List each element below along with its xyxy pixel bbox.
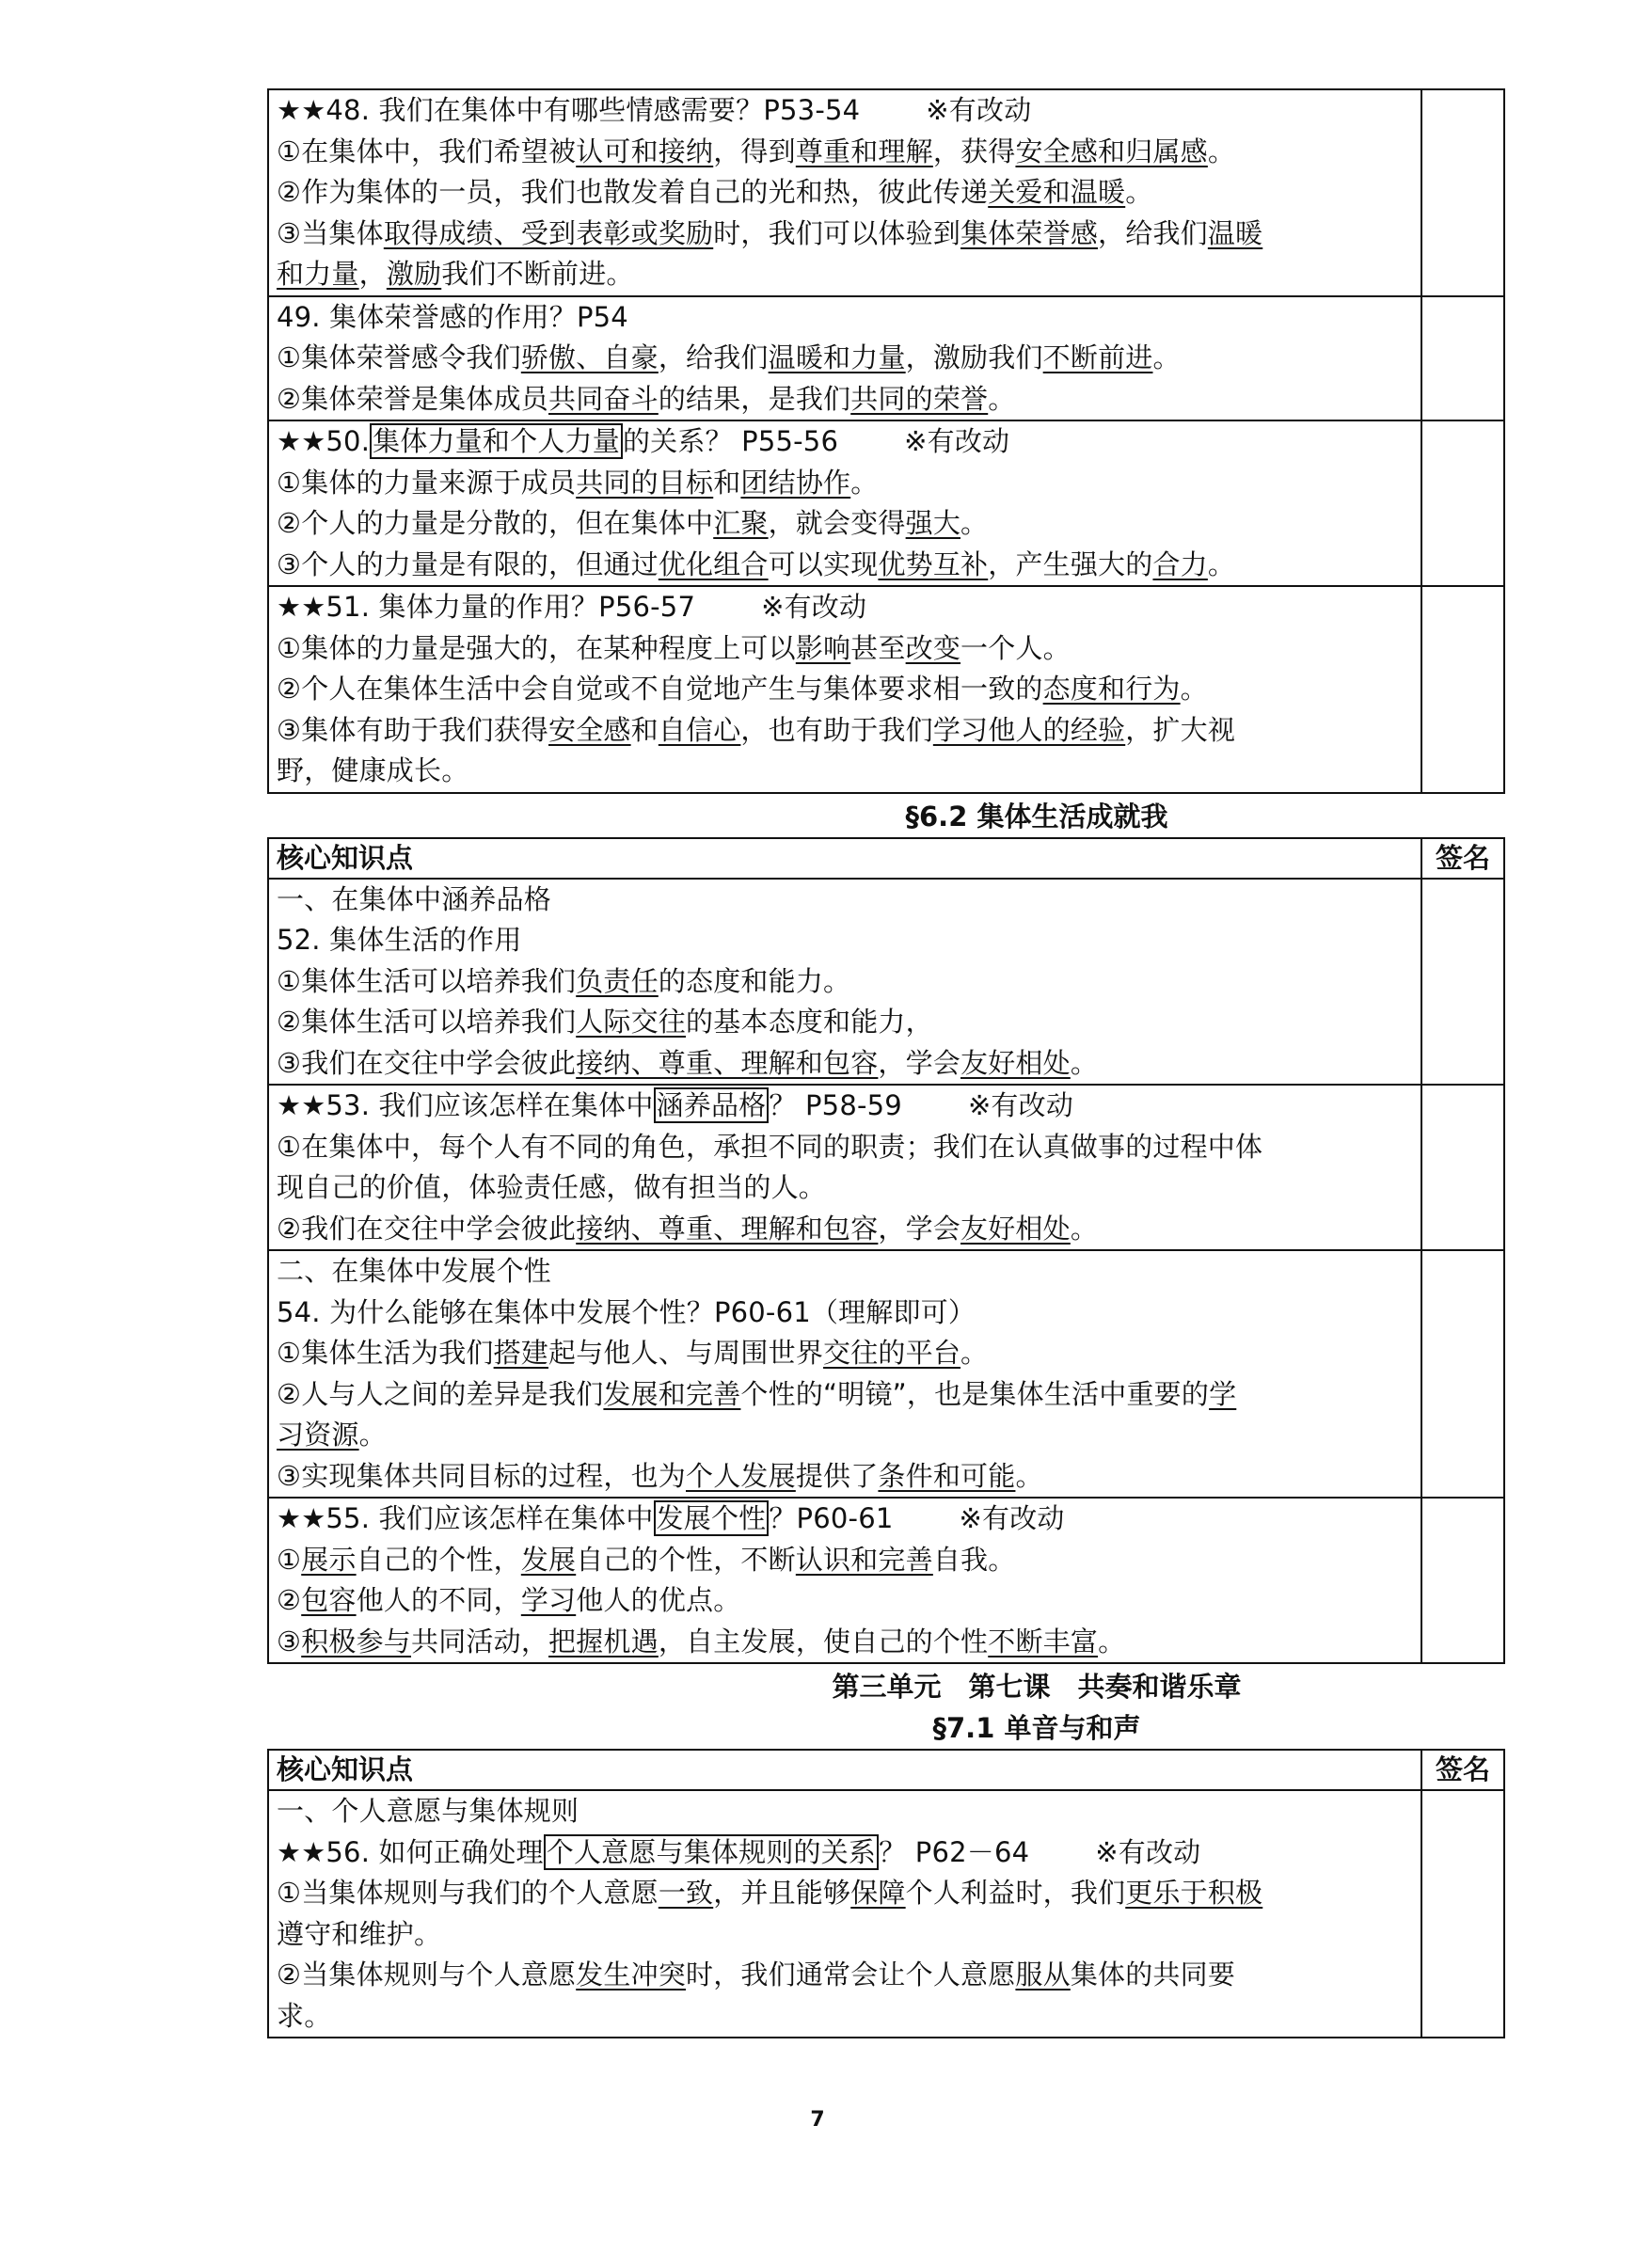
underlined-keyword: 负责任 xyxy=(576,965,659,997)
signature-cell[interactable] xyxy=(1421,879,1504,1086)
answer-line: ②集体荣誉是集体成员共同奋斗的结果，是我们共同的荣誉。 xyxy=(277,379,1421,420)
table-header-row: 核心知识点 签名 xyxy=(268,1750,1504,1790)
question-text: ？ P62－64 xyxy=(879,1836,1029,1868)
answer-line: ③积极参与共同活动，把握机遇，自主发展，使自己的个性不断丰富。 xyxy=(277,1622,1421,1663)
answer-line: ②我们在交往中学会彼此接纳、尊重、理解和包容，学会友好相处。 xyxy=(277,1209,1421,1250)
answer-text: ，得到 xyxy=(713,135,796,167)
answer-text: ②个人在集体生活中会自觉或不自觉地产生与集体要求相一致的 xyxy=(277,673,1043,705)
answer-text: ，并且能够 xyxy=(713,1877,850,1909)
header-core-knowledge: 核心知识点 xyxy=(268,838,1421,879)
underlined-keyword: 尊重和理解 xyxy=(796,135,933,167)
underlined-keyword: 不断丰富 xyxy=(988,1626,1098,1657)
underlined-keyword: 人际交往 xyxy=(576,1006,686,1038)
underlined-keyword: 和力量 xyxy=(277,258,359,290)
underlined-keyword: 友好相处 xyxy=(960,1047,1071,1079)
question-title: ★★51. 集体力量的作用？P56-57※有改动 xyxy=(277,587,1421,628)
answer-text: 可以实现 xyxy=(769,548,879,580)
signature-cell[interactable] xyxy=(1421,89,1504,296)
underlined-keyword: 合力 xyxy=(1152,548,1207,580)
underlined-keyword: 自信心 xyxy=(659,714,741,746)
question-title: ★★48. 我们在集体中有哪些情感需要？P53-54※有改动 xyxy=(277,90,1421,132)
underlined-keyword: 条件和可能 xyxy=(878,1460,1015,1492)
knowledge-row: ★★48. 我们在集体中有哪些情感需要？P53-54※有改动①在集体中，我们希望… xyxy=(268,89,1504,296)
boxed-keyword: 涵养品格 xyxy=(654,1087,770,1123)
answer-line: ③集体有助于我们获得安全感和自信心，也有助于我们学习他人的经验，扩大视 xyxy=(277,710,1421,752)
answer-text: ③实现集体共同目标的过程，也为 xyxy=(277,1460,686,1492)
subsection-heading: 一、个人意愿与集体规则 xyxy=(277,1791,1421,1832)
underlined-keyword: 激励 xyxy=(387,258,441,290)
underlined-keyword: 关爱和温暖 xyxy=(988,176,1125,208)
answer-text: ①在集体中，我们希望被 xyxy=(277,135,576,167)
answer-text: 自己的个性，不断 xyxy=(576,1544,796,1576)
answer-text: ③当集体 xyxy=(277,217,384,249)
knowledge-table-section-6-2: 核心知识点 签名 一、在集体中涵养品格52. 集体生活的作用①集体生活可以培养我… xyxy=(267,837,1505,1665)
question-title: 52. 集体生活的作用 xyxy=(277,920,1421,961)
signature-cell[interactable] xyxy=(1421,296,1504,421)
underlined-keyword: 包容 xyxy=(301,1584,356,1616)
answer-text: 和 xyxy=(631,714,659,746)
answer-line: ②个人的力量是分散的，但在集体中汇聚，就会变得强大。 xyxy=(277,503,1421,545)
underlined-keyword: 发生冲突 xyxy=(576,1959,686,1990)
answer-line: ③当集体取得成绩、受到表彰或奖励时，我们可以体验到集体荣誉感，给我们温暖 xyxy=(277,214,1421,255)
knowledge-cell: ★★51. 集体力量的作用？P56-57※有改动①集体的力量是强大的，在某种程度… xyxy=(268,586,1421,793)
underlined-keyword: 一致 xyxy=(659,1877,713,1909)
underlined-keyword: 影响 xyxy=(796,632,850,664)
boxed-keyword: 集体力量和个人力量 xyxy=(370,423,623,459)
underlined-keyword: 改变 xyxy=(906,632,960,664)
answer-text: 。 xyxy=(960,1337,988,1369)
question-number: ★★50. xyxy=(277,425,370,457)
knowledge-cell: 一、在集体中涵养品格52. 集体生活的作用①集体生活可以培养我们负责任的态度和能… xyxy=(268,879,1421,1086)
answer-text: ② xyxy=(277,1584,301,1616)
knowledge-row: ★★55. 我们应该怎样在集体中发展个性？P60-61※有改动①展示自己的个性，… xyxy=(268,1498,1504,1663)
underlined-keyword: 服从 xyxy=(1015,1959,1070,1990)
answer-line: ①集体荣誉感令我们骄傲、自豪，给我们温暖和力量，激励我们不断前进。 xyxy=(277,338,1421,379)
answer-line: 求。 xyxy=(277,1996,1421,2038)
knowledge-row: 一、在集体中涵养品格52. 集体生活的作用①集体生活可以培养我们负责任的态度和能… xyxy=(268,879,1504,1086)
question-title: ★★56. 如何正确处理个人意愿与集体规则的关系？ P62－64※有改动 xyxy=(277,1832,1421,1874)
answer-text: ①集体荣誉感令我们 xyxy=(277,341,521,373)
answer-text: ②人与人之间的差异是我们 xyxy=(277,1378,603,1410)
header-signature: 签名 xyxy=(1421,838,1504,879)
subsection-heading: 二、在集体中发展个性 xyxy=(277,1251,1421,1293)
answer-line: 习资源。 xyxy=(277,1415,1421,1456)
answer-line: ①在集体中，每个人有不同的角色，承担不同的职责；我们在认真做事的过程中体 xyxy=(277,1127,1421,1168)
underlined-keyword: 发展和完善 xyxy=(603,1378,740,1410)
answer-line: ②当集体规则与个人意愿发生冲突时，我们通常会让个人意愿服从集体的共同要 xyxy=(277,1955,1421,1996)
revision-note: ※有改动 xyxy=(960,1502,1065,1534)
answer-line: ①集体的力量是强大的，在某种程度上可以影响甚至改变一个人。 xyxy=(277,628,1421,670)
answer-text: 。 xyxy=(1181,673,1208,705)
answer-text: ① xyxy=(277,1544,301,1576)
answer-text: 个性的“明镜”，也是集体生活中重要的 xyxy=(740,1378,1209,1410)
answer-text: 。 xyxy=(1015,1460,1042,1492)
answer-text: ②个人的力量是分散的，但在集体中 xyxy=(277,507,713,539)
knowledge-cell: 一、个人意愿与集体规则★★56. 如何正确处理个人意愿与集体规则的关系？ P62… xyxy=(268,1790,1421,2038)
question-text: ★★48. 我们在集体中有哪些情感需要？P53-54 xyxy=(277,94,860,126)
answer-text: ，学会 xyxy=(878,1047,960,1079)
answer-text: ①集体的力量是强大的，在某种程度上可以 xyxy=(277,632,796,664)
answer-text: ①当集体规则与我们的个人意愿 xyxy=(277,1877,659,1909)
knowledge-row: 49. 集体荣誉感的作用？P54①集体荣誉感令我们骄傲、自豪，给我们温暖和力量，… xyxy=(268,296,1504,421)
question-text: 52. 集体生活的作用 xyxy=(277,924,522,956)
answer-text: ②当集体规则与个人意愿 xyxy=(277,1959,576,1990)
answer-text: 和 xyxy=(713,467,740,499)
question-title: ★★50.集体力量和个人力量的关系？ P55-56※有改动 xyxy=(277,421,1421,463)
question-title: ★★53. 我们应该怎样在集体中涵养品格？ P58-59※有改动 xyxy=(277,1086,1421,1127)
answer-text: ，扩大视 xyxy=(1125,714,1235,746)
answer-text: ，给我们 xyxy=(1098,217,1208,249)
answer-text: 个人利益时，我们 xyxy=(906,1877,1126,1909)
knowledge-row: 一、个人意愿与集体规则★★56. 如何正确处理个人意愿与集体规则的关系？ P62… xyxy=(268,1790,1504,2038)
signature-cell[interactable] xyxy=(1421,420,1504,586)
underlined-keyword: 共同的目标 xyxy=(576,467,713,499)
answer-text: 遵守和维护。 xyxy=(277,1918,441,1950)
answer-text: ①集体生活为我们 xyxy=(277,1337,494,1369)
knowledge-row: ★★51. 集体力量的作用？P56-57※有改动①集体的力量是强大的，在某种程度… xyxy=(268,586,1504,793)
answer-text: ③集体有助于我们获得 xyxy=(277,714,548,746)
answer-text: 提供了 xyxy=(796,1460,879,1492)
underlined-keyword: 保障 xyxy=(850,1877,905,1909)
question-text: 49. 集体荣誉感的作用？P54 xyxy=(277,301,628,333)
underlined-keyword: 习资源 xyxy=(277,1419,359,1451)
answer-line: 遵守和维护。 xyxy=(277,1914,1421,1956)
answer-text: 。 xyxy=(1125,176,1152,208)
revision-note: ※有改动 xyxy=(926,94,1031,126)
underlined-keyword: 友好相处 xyxy=(960,1213,1071,1245)
answer-text: ，就会变得 xyxy=(769,507,906,539)
answer-text: ③个人的力量是有限的，但通过 xyxy=(277,548,659,580)
page-number: 7 xyxy=(0,2108,1635,2132)
answer-text: 。 xyxy=(359,1419,387,1451)
answer-text: 野，健康成长。 xyxy=(277,754,468,786)
answer-text: ，激励我们 xyxy=(906,341,1043,373)
underlined-keyword: 展示 xyxy=(301,1544,356,1576)
answer-text: ①集体生活可以培养我们 xyxy=(277,965,576,997)
boxed-keyword: 发展个性 xyxy=(654,1500,770,1536)
answer-text: ， xyxy=(359,258,387,290)
knowledge-row: ★★53. 我们应该怎样在集体中涵养品格？ P58-59※有改动①在集体中，每个… xyxy=(268,1085,1504,1250)
answer-text: 。 xyxy=(1098,1626,1125,1657)
answer-text: ③我们在交往中学会彼此 xyxy=(277,1047,576,1079)
knowledge-table-section-7-1: 核心知识点 签名 一、个人意愿与集体规则★★56. 如何正确处理个人意愿与集体规… xyxy=(267,1749,1505,2038)
question-number: ★★56. 如何正确处理 xyxy=(277,1836,544,1868)
answer-text: ，获得 xyxy=(933,135,1016,167)
underlined-keyword: 温暖和力量 xyxy=(769,341,906,373)
answer-text: 我们不断前进。 xyxy=(441,258,633,290)
underlined-keyword: 认识和完善 xyxy=(796,1544,933,1576)
knowledge-cell: ★★50.集体力量和个人力量的关系？ P55-56※有改动①集体的力量来源于成员… xyxy=(268,420,1421,586)
underlined-keyword: 个人发展 xyxy=(686,1460,796,1492)
answer-text: ，产生强大的 xyxy=(988,548,1152,580)
answer-text: ①在集体中，每个人有不同的角色，承担不同的职责；我们在认真做事的过程中体 xyxy=(277,1131,1262,1163)
answer-text: 。 xyxy=(988,383,1015,415)
answer-text: 自我。 xyxy=(933,1544,1016,1576)
unit-title: 第三单元 第七课 共奏和谐乐章 xyxy=(267,1666,1505,1707)
answer-line: 现自己的价值，体验责任感，做有担当的人。 xyxy=(277,1167,1421,1209)
question-title: 49. 集体荣誉感的作用？P54 xyxy=(277,297,1421,339)
answer-text: 的态度和能力。 xyxy=(659,965,850,997)
question-text: ★★51. 集体力量的作用？P56-57 xyxy=(277,591,695,623)
header-signature: 签名 xyxy=(1421,1750,1504,1790)
underlined-keyword: 接纳、尊重、理解和包容 xyxy=(576,1213,878,1245)
underlined-keyword: 集体荣誉感 xyxy=(960,217,1098,249)
knowledge-row: ★★50.集体力量和个人力量的关系？ P55-56※有改动①集体的力量来源于成员… xyxy=(268,420,1504,586)
underlined-keyword: 学习 xyxy=(521,1584,576,1616)
underlined-keyword: 学 xyxy=(1209,1378,1236,1410)
answer-line: 和力量，激励我们不断前进。 xyxy=(277,254,1421,295)
revision-note: ※有改动 xyxy=(968,1089,1073,1121)
answer-text: ，也有助于我们 xyxy=(740,714,932,746)
question-number: ★★55. 我们应该怎样在集体中 xyxy=(277,1502,654,1534)
answer-text: ，给我们 xyxy=(659,341,769,373)
underlined-keyword: 优势互补 xyxy=(878,548,988,580)
knowledge-cell: ★★53. 我们应该怎样在集体中涵养品格？ P58-59※有改动①在集体中，每个… xyxy=(268,1085,1421,1250)
underlined-keyword: 学习他人的经验 xyxy=(933,714,1125,746)
question-text: 54. 为什么能够在集体中发展个性？P60-61（理解即可） xyxy=(277,1296,976,1328)
answer-line: ③我们在交往中学会彼此接纳、尊重、理解和包容，学会友好相处。 xyxy=(277,1043,1421,1085)
signature-cell[interactable] xyxy=(1421,586,1504,793)
document-page: ★★48. 我们在集体中有哪些情感需要？P53-54※有改动①在集体中，我们希望… xyxy=(267,88,1505,2038)
answer-line: ①集体的力量来源于成员共同的目标和团结协作。 xyxy=(277,463,1421,504)
answer-text: 。 xyxy=(1208,548,1235,580)
underlined-keyword: 认可和接纳 xyxy=(576,135,713,167)
underlined-keyword: 交往的平台 xyxy=(823,1337,960,1369)
question-text: 的关系？ P55-56 xyxy=(623,425,838,457)
answer-text: 他人的不同， xyxy=(357,1584,521,1616)
underlined-keyword: 温暖 xyxy=(1208,217,1262,249)
subsection-heading: 一、在集体中涵养品格 xyxy=(277,880,1421,921)
answer-text: ②集体荣誉是集体成员 xyxy=(277,383,548,415)
question-number: ★★53. 我们应该怎样在集体中 xyxy=(277,1089,654,1121)
knowledge-cell: 二、在集体中发展个性54. 为什么能够在集体中发展个性？P60-61（理解即可）… xyxy=(268,1250,1421,1498)
answer-text: 的基本态度和能力， xyxy=(686,1006,933,1038)
answer-text: ③ xyxy=(277,1626,301,1657)
knowledge-table-section-6-1: ★★48. 我们在集体中有哪些情感需要？P53-54※有改动①在集体中，我们希望… xyxy=(267,88,1505,794)
question-title: ★★55. 我们应该怎样在集体中发展个性？P60-61※有改动 xyxy=(277,1499,1421,1540)
answer-text: 甚至 xyxy=(850,632,905,664)
answer-text: 。 xyxy=(1071,1047,1098,1079)
answer-text: ②作为集体的一员，我们也散发着自己的光和热，彼此传递 xyxy=(277,176,988,208)
knowledge-cell: 49. 集体荣誉感的作用？P54①集体荣誉感令我们骄傲、自豪，给我们温暖和力量，… xyxy=(268,296,1421,421)
answer-line: 野，健康成长。 xyxy=(277,751,1421,792)
answer-line: ②集体生活可以培养我们人际交往的基本态度和能力， xyxy=(277,1002,1421,1043)
answer-line: ①在集体中，我们希望被认可和接纳，得到尊重和理解，获得安全感和归属感。 xyxy=(277,132,1421,173)
section-title-6-2: §6.2 集体生活成就我 xyxy=(267,796,1505,837)
answer-line: ①展示自己的个性，发展自己的个性，不断认识和完善自我。 xyxy=(277,1540,1421,1581)
answer-line: ②个人在集体生活中会自觉或不自觉地产生与集体要求相一致的态度和行为。 xyxy=(277,669,1421,710)
signature-cell[interactable] xyxy=(1421,1085,1504,1250)
knowledge-row: 二、在集体中发展个性54. 为什么能够在集体中发展个性？P60-61（理解即可）… xyxy=(268,1250,1504,1498)
underlined-keyword: 安全感 xyxy=(548,714,631,746)
answer-line: ③实现集体共同目标的过程，也为个人发展提供了条件和可能。 xyxy=(277,1456,1421,1498)
answer-text: 时，我们通常会让个人意愿 xyxy=(686,1959,1015,1990)
underlined-keyword: 安全感和归属感 xyxy=(1015,135,1207,167)
answer-text: 一个人。 xyxy=(960,632,1071,664)
knowledge-cell: ★★55. 我们应该怎样在集体中发展个性？P60-61※有改动①展示自己的个性，… xyxy=(268,1498,1421,1663)
answer-text: ，自主发展，使自己的个性 xyxy=(659,1626,988,1657)
answer-text: 的结果，是我们 xyxy=(659,383,850,415)
answer-text: 求。 xyxy=(277,2000,331,2032)
answer-text: 自己的个性， xyxy=(357,1544,521,1576)
revision-note: ※有改动 xyxy=(904,425,1009,457)
answer-text: 。 xyxy=(1208,135,1235,167)
answer-text: 。 xyxy=(1071,1213,1098,1245)
answer-text: 。 xyxy=(960,507,988,539)
answer-text: ，学会 xyxy=(878,1213,960,1245)
question-text: ？ P58-59 xyxy=(769,1089,902,1121)
signature-cell[interactable] xyxy=(1421,1790,1504,2038)
question-title: 54. 为什么能够在集体中发展个性？P60-61（理解即可） xyxy=(277,1293,1421,1334)
underlined-keyword: 积极参与 xyxy=(301,1626,411,1657)
signature-cell[interactable] xyxy=(1421,1250,1504,1498)
answer-line: ①当集体规则与我们的个人意愿一致，并且能够保障个人利益时，我们更乐于积极 xyxy=(277,1873,1421,1914)
section-title-7-1: §7.1 单音与和声 xyxy=(267,1707,1505,1749)
answer-line: ②作为集体的一员，我们也散发着自己的光和热，彼此传递关爱和温暖。 xyxy=(277,172,1421,214)
underlined-keyword: 强大 xyxy=(906,507,960,539)
revision-note: ※有改动 xyxy=(761,591,866,623)
question-text: ？P60-61 xyxy=(769,1502,893,1534)
underlined-keyword: 共同的荣誉 xyxy=(850,383,988,415)
answer-text: 共同活动， xyxy=(411,1626,548,1657)
answer-text: 现自己的价值，体验责任感，做有担当的人。 xyxy=(277,1171,826,1203)
underlined-keyword: 优化组合 xyxy=(659,548,769,580)
underlined-keyword: 把握机遇 xyxy=(548,1626,659,1657)
answer-text: 。 xyxy=(1152,341,1180,373)
underlined-keyword: 发展 xyxy=(521,1544,576,1576)
answer-text: 时，我们可以体验到 xyxy=(713,217,960,249)
underlined-keyword: 不断前进 xyxy=(1043,341,1153,373)
table-header-row: 核心知识点 签名 xyxy=(268,838,1504,879)
signature-cell[interactable] xyxy=(1421,1498,1504,1663)
revision-note: ※有改动 xyxy=(1095,1836,1200,1868)
answer-line: ①集体生活可以培养我们负责任的态度和能力。 xyxy=(277,961,1421,1003)
answer-text: 他人的优点。 xyxy=(576,1584,740,1616)
underlined-keyword: 骄傲、自豪 xyxy=(521,341,659,373)
underlined-keyword: 态度和行为 xyxy=(1043,673,1181,705)
underlined-keyword: 团结协作 xyxy=(740,467,850,499)
underlined-keyword: 共同奋斗 xyxy=(548,383,659,415)
answer-text: ①集体的力量来源于成员 xyxy=(277,467,576,499)
answer-text: ②集体生活可以培养我们 xyxy=(277,1006,576,1038)
underlined-keyword: 取得成绩、受到表彰或奖励 xyxy=(384,217,713,249)
answer-line: ②人与人之间的差异是我们发展和完善个性的“明镜”，也是集体生活中重要的学 xyxy=(277,1374,1421,1416)
underlined-keyword: 汇聚 xyxy=(713,507,768,539)
underlined-keyword: 搭建 xyxy=(494,1337,548,1369)
underlined-keyword: 更乐于积极 xyxy=(1125,1877,1262,1909)
knowledge-cell: ★★48. 我们在集体中有哪些情感需要？P53-54※有改动①在集体中，我们希望… xyxy=(268,89,1421,296)
boxed-keyword: 个人意愿与集体规则的关系 xyxy=(544,1834,879,1870)
answer-line: ①集体生活为我们搭建起与他人、与周围世界交往的平台。 xyxy=(277,1333,1421,1374)
answer-line: ②包容他人的不同，学习他人的优点。 xyxy=(277,1580,1421,1622)
header-core-knowledge: 核心知识点 xyxy=(268,1750,1421,1790)
answer-text: ②我们在交往中学会彼此 xyxy=(277,1213,576,1245)
answer-text: 集体的共同要 xyxy=(1071,1959,1235,1990)
answer-text: 起与他人、与周围世界 xyxy=(548,1337,823,1369)
answer-text: 。 xyxy=(850,467,878,499)
underlined-keyword: 接纳、尊重、理解和包容 xyxy=(576,1047,878,1079)
answer-line: ③个人的力量是有限的，但通过优化组合可以实现优势互补，产生强大的合力。 xyxy=(277,545,1421,586)
